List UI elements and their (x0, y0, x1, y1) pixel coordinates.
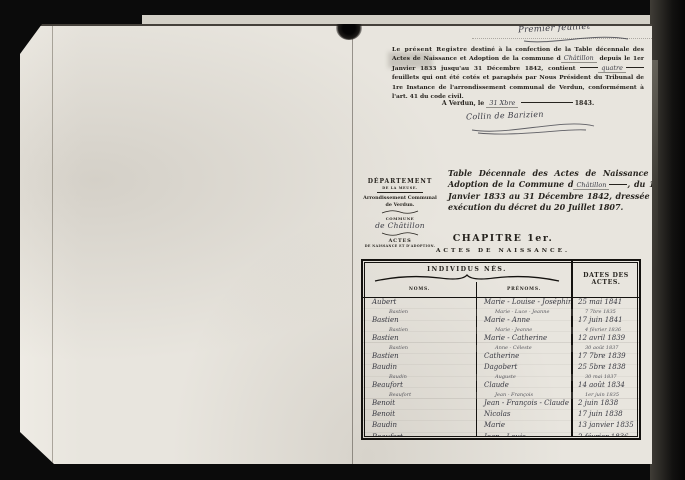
blank-rule (521, 102, 573, 103)
table-row: BastienMarie - Luce - Jeanne7 7bre 1835 (363, 309, 639, 316)
preamble-lead: Le présent Registre (392, 46, 467, 53)
preamble-paragraph: Le présent Registre destiné à la confect… (392, 45, 644, 101)
col-group-individus-label: INDIVIDUS NÉS. (427, 266, 507, 273)
table-row: BastienMarie - Jeanne4 février 1836 (363, 327, 639, 334)
table-row: BaudinMarie13 janvier 1835 (363, 421, 639, 432)
cell-prenoms: Auguste (476, 374, 571, 381)
cell-name: Benoit (363, 410, 476, 421)
cell-prenoms: Dagobert (476, 363, 571, 374)
cell-prenoms: Claude (476, 381, 571, 392)
table-row: BastienAnne - Céleste30 août 1837 (363, 345, 639, 352)
signature-flourish (468, 120, 598, 136)
table-row: BenoitJean - François - Claude2 juin 183… (363, 399, 639, 410)
cell-date: 13 janvier 1835 (571, 421, 639, 432)
cell-date: 30 mai 1837 (571, 374, 639, 381)
cell-date: 2 juin 1838 (571, 399, 639, 410)
cell-date: 1er juin 1835 (571, 392, 639, 399)
scanned-register-photo: Premier feuillet Le présent Registre des… (0, 0, 685, 480)
page-edge-streak (652, 60, 658, 270)
cell-date: 7 7bre 1835 (571, 309, 639, 316)
cell-name: Beaufort (363, 392, 476, 399)
table-row: BastienCatherine17 7bre 1839 (363, 352, 639, 363)
table-row: AubertMarie - Louise - Joséphine25 mai 1… (363, 298, 639, 309)
chapter-title: CHAPITRE 1er. (360, 233, 646, 244)
cell-name: Beaufort (363, 433, 476, 437)
cell-date: 25 mai 1841 (571, 298, 639, 309)
cell-name: Aubert (363, 298, 476, 309)
brace-glyph (372, 274, 562, 282)
cell-name: Bastien (363, 327, 476, 334)
inserted-sheet-edge (352, 30, 353, 466)
cell-name: Benoit (363, 399, 476, 410)
table-body: AubertMarie - Louise - Joséphine25 mai 1… (363, 298, 639, 437)
cell-name: Bastien (363, 345, 476, 352)
cell-date: 12 avril 1839 (571, 334, 639, 345)
cell-prenoms: Nicolas (476, 410, 571, 421)
cell-prenoms: Marie (476, 421, 571, 432)
births-table: INDIVIDUS NÉS. NOMS. PRÉNOMS. DATES DES … (361, 259, 641, 440)
cell-prenoms: Marie - Luce - Jeanne (476, 309, 571, 316)
cell-prenoms: Anne - Céleste (476, 345, 571, 352)
table-row: BastienMarie - Anne17 juin 1841 (363, 316, 639, 327)
departement-value: DE LA MEUSE. (356, 186, 444, 190)
col-dates-header: DATES DES ACTES. (571, 261, 639, 297)
arrondissement-line2: de Verdun. (356, 202, 444, 208)
page-crease (52, 26, 53, 466)
cell-name: Beaufort (363, 381, 476, 392)
feuillets-count-handwritten: quatre (598, 64, 626, 73)
table-row: BeaufortClaude14 août 1834 (363, 381, 639, 392)
cell-prenoms: Jean - Louis (476, 433, 571, 437)
cell-date: 2 février 1836 (571, 433, 639, 437)
cell-prenoms: Jean - François - Claude (476, 399, 571, 410)
table-row: BaudinDagobert25 5bre 1838 (363, 363, 639, 374)
cell-name: Bastien (363, 334, 476, 345)
cell-date: 17 juin 1841 (571, 316, 639, 327)
cell-prenoms: Marie - Catherine (476, 334, 571, 345)
register-page: Premier feuillet Le présent Registre des… (20, 24, 652, 466)
table-row: BenoitNicolas17 juin 1838 (363, 410, 639, 421)
cell-name: Baudin (363, 421, 476, 432)
table-header: INDIVIDUS NÉS. NOMS. PRÉNOMS. DATES DES … (363, 261, 639, 298)
blank-rule (609, 184, 627, 185)
cell-date: 14 août 1834 (571, 381, 639, 392)
headline-commune-handwritten: Châtillon (573, 181, 609, 190)
cell-date: 30 août 1837 (571, 345, 639, 352)
bracket-flourish (380, 209, 420, 215)
col-noms-header: NOMS. (363, 282, 476, 297)
commune-value-handwritten: de Châtillon (356, 221, 444, 230)
cell-name: Bastien (363, 309, 476, 316)
cell-prenoms: Marie - Louise - Joséphine (476, 298, 571, 309)
arrondissement-line1: Arrondissement Communal (356, 195, 444, 201)
table-row: BeaufortJean - Louis2 février 1836 (363, 433, 639, 437)
dateline: A Verdun, le 31 Xbre 1843. (418, 99, 618, 107)
departement-label: DÉPARTEMENT (356, 178, 444, 185)
cell-name: Baudin (363, 363, 476, 374)
cell-date: 17 7bre 1839 (571, 352, 639, 363)
cell-prenoms: Marie - Anne (476, 316, 571, 327)
cell-prenoms: Marie - Jeanne (476, 327, 571, 334)
table-row: BaudinAuguste30 mai 1837 (363, 374, 639, 381)
cell-name: Baudin (363, 374, 476, 381)
blank-rule (626, 67, 644, 68)
dateline-printed: A Verdun, le (442, 100, 484, 107)
individus-group-header: INDIVIDUS NÉS. NOMS. PRÉNOMS. (363, 261, 571, 297)
cell-prenoms: Jean - François (476, 392, 571, 399)
headline: Table Décennale des Actes de Naissance e… (448, 168, 664, 213)
col-prenoms-header: PRÉNOMS. (476, 282, 571, 297)
dateline-year: 1843. (575, 100, 594, 107)
blank-rule (580, 67, 598, 68)
divider-rule (377, 192, 423, 193)
dateline-handwritten: 31 Xbre (486, 99, 518, 108)
cell-name: Bastien (363, 316, 476, 327)
cell-date: 25 5bre 1838 (571, 363, 639, 374)
table-row: BastienMarie - Catherine12 avril 1839 (363, 334, 639, 345)
cell-name: Bastien (363, 352, 476, 363)
cell-date: 17 juin 1838 (571, 410, 639, 421)
note-flourish (522, 34, 632, 44)
book-fore-edge (650, 0, 685, 480)
preamble-text-3: feuillets qui ont été cotés et paraphés … (392, 74, 644, 100)
table-row: BeaufortJean - François1er juin 1835 (363, 392, 639, 399)
cell-date: 4 février 1836 (571, 327, 639, 334)
chapter-subtitle: ACTES DE NAISSANCE. (360, 248, 646, 254)
cell-prenoms: Catherine (476, 352, 571, 363)
commune-handwritten: Châtillon (561, 54, 597, 63)
